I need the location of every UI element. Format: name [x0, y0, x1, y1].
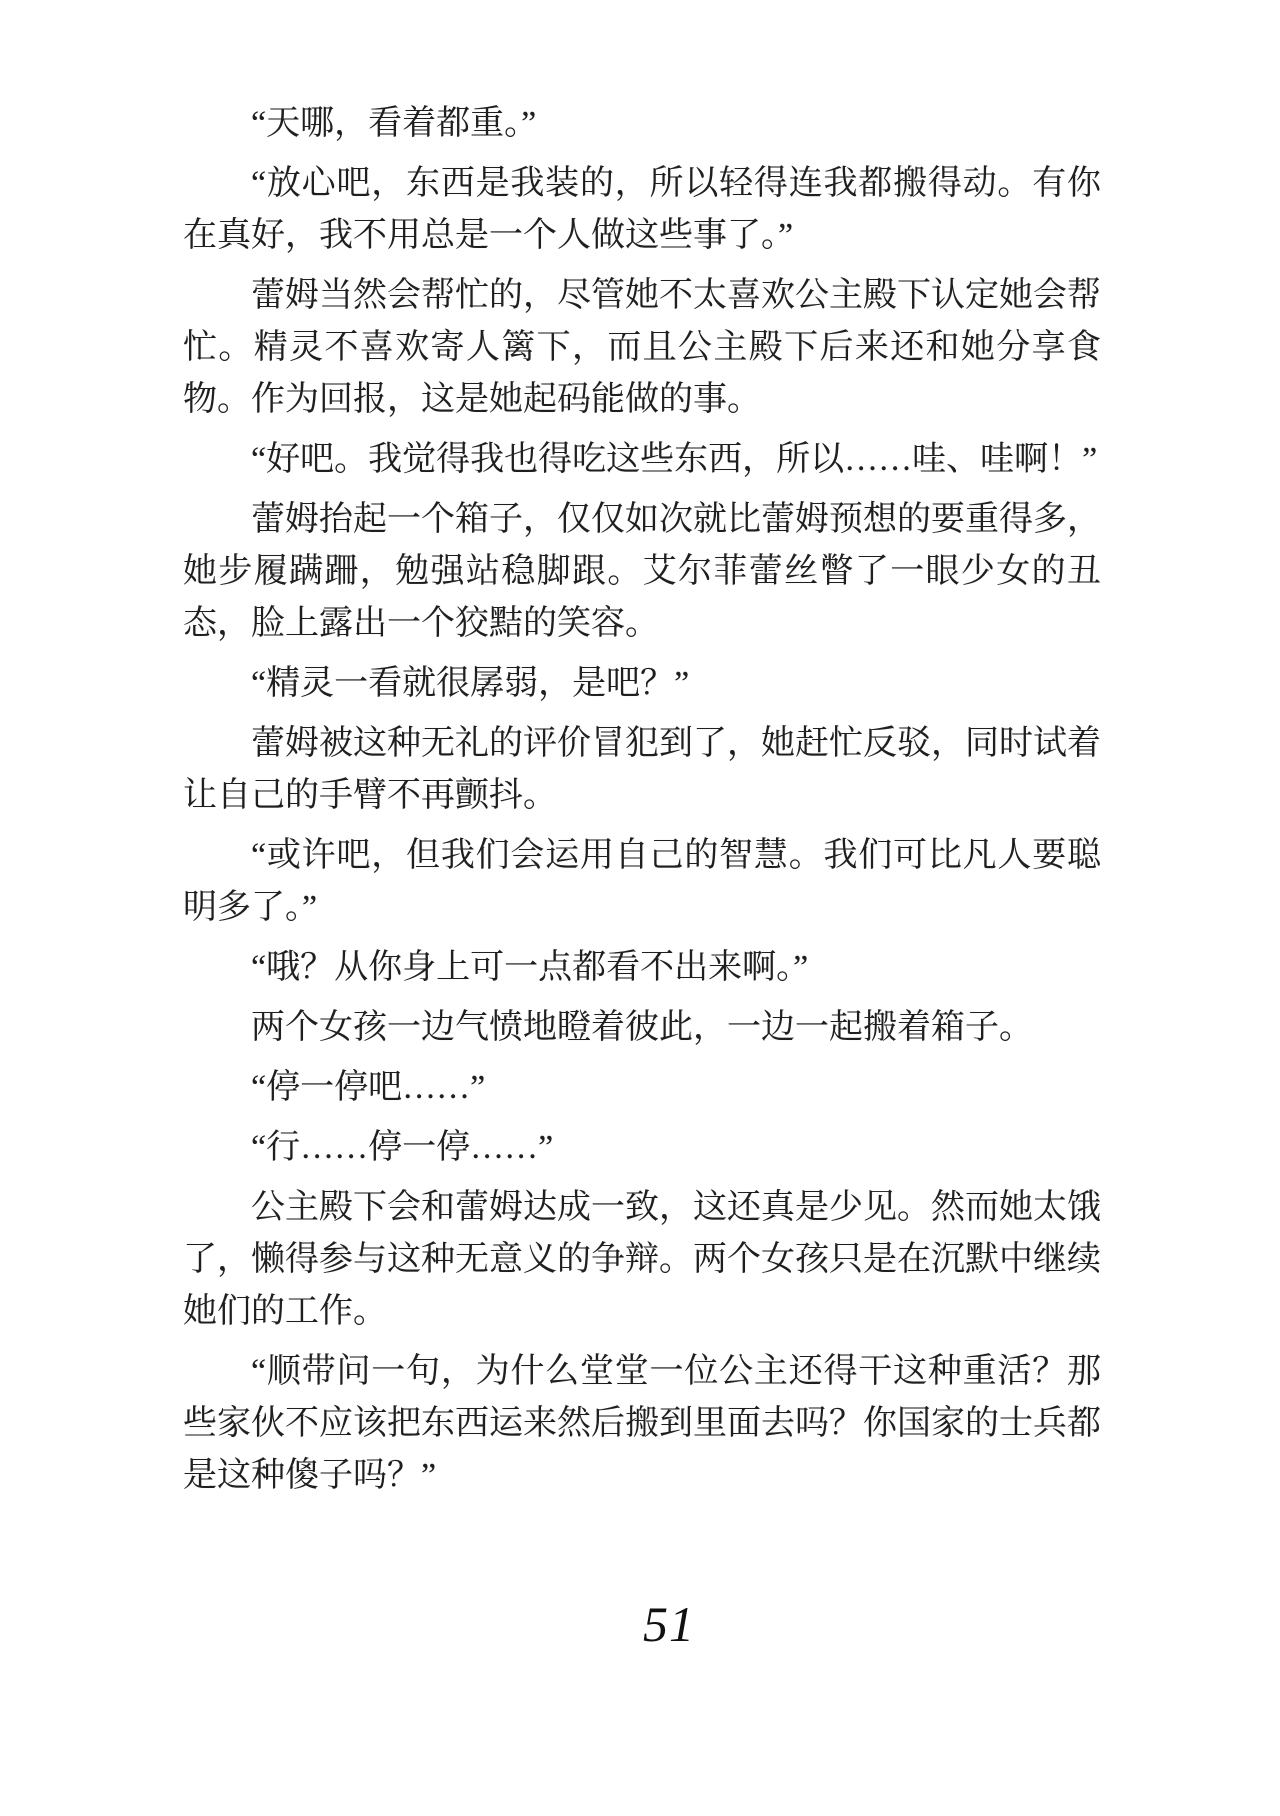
paragraph-13: 公主殿下会和蕾姆达成一致，这还真是少见。然而她太饿了，懒得参与这种无意义的争辩。…	[183, 1182, 1101, 1338]
paragraph-02: “放心吧，东西是我装的，所以轻得连我都搬得动。有你在真好，我不用总是一个人做这些…	[183, 158, 1101, 262]
page-number: 51	[0, 1595, 1280, 1653]
paragraph-01: “天哪，看着都重。”	[183, 98, 1101, 150]
paragraph-03: 蕾姆当然会帮忙的，尽管她不太喜欢公主殿下认定她会帮忙。精灵不喜欢寄人篱下，而且公…	[183, 270, 1101, 426]
paragraph-09: “哦？从你身上可一点都看不出来啊。”	[183, 942, 1101, 994]
paragraph-08: “或许吧，但我们会运用自己的智慧。我们可比凡人要聪明多了。”	[183, 830, 1101, 934]
paragraph-11: “停一停吧……”	[183, 1062, 1101, 1114]
paragraph-06: “精灵一看就很孱弱，是吧？”	[183, 658, 1101, 710]
paragraph-07: 蕾姆被这种无礼的评价冒犯到了，她赶忙反驳，同时试着让自己的手臂不再颤抖。	[183, 718, 1101, 822]
paragraph-10: 两个女孩一边气愤地瞪着彼此，一边一起搬着箱子。	[183, 1002, 1101, 1054]
text-block: “天哪，看着都重。” “放心吧，东西是我装的，所以轻得连我都搬得动。有你在真好，…	[183, 98, 1101, 1510]
paragraph-04: “好吧。我觉得我也得吃这些东西，所以……哇、哇啊！”	[183, 434, 1101, 486]
novel-page: “天哪，看着都重。” “放心吧，东西是我装的，所以轻得连我都搬得动。有你在真好，…	[0, 0, 1280, 1816]
paragraph-05: 蕾姆抬起一个箱子，仅仅如次就比蕾姆预想的要重得多，她步履蹒跚，勉强站稳脚跟。艾尔…	[183, 494, 1101, 650]
paragraph-14: “顺带问一句，为什么堂堂一位公主还得干这种重活？那些家伙不应该把东西运来然后搬到…	[183, 1346, 1101, 1502]
paragraph-12: “行……停一停……”	[183, 1122, 1101, 1174]
